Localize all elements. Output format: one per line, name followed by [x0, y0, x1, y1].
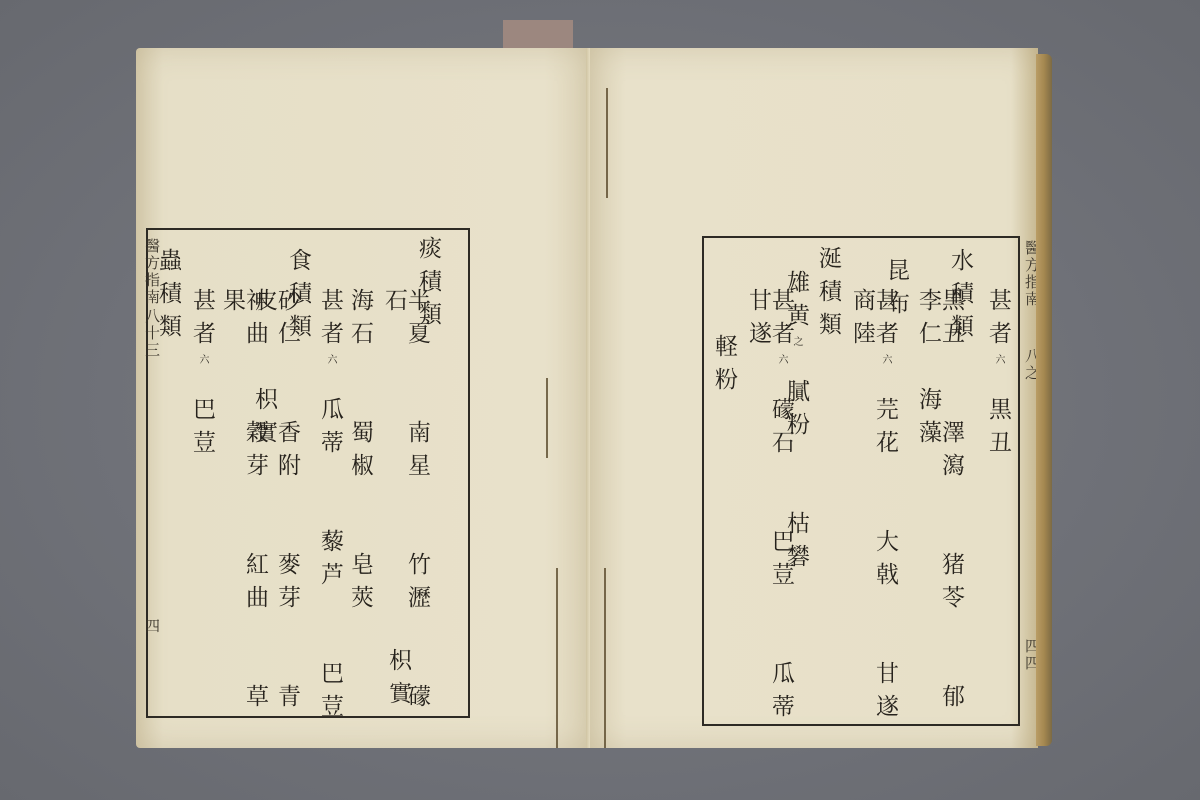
column-3: 海石 蜀椒 皂莢	[348, 288, 371, 618]
r-column-9: 軽粉	[712, 334, 735, 400]
r1-text: 甚者	[985, 288, 1011, 354]
r-column-5: 甚者六 芫花 大戟 甘遂 商陸	[850, 288, 896, 748]
column-8: 甚者六 巴荳	[190, 288, 213, 463]
paper-wormhole	[546, 378, 548, 458]
page-edges	[1036, 54, 1052, 746]
col8-note: 六	[197, 354, 208, 364]
r5-text2: 芫花 大戟 甘遂 商陸	[849, 288, 898, 793]
heading-saliva: 涎積類	[816, 246, 839, 345]
extra-entry: 枳實	[386, 648, 409, 714]
r-column-8: 甚者六 礞石 巴荳 瓜蒂 甘遂	[746, 288, 792, 748]
column-7: 神曲 穀芽 紅曲 草果	[220, 288, 266, 748]
r-column-3: 黒丑 澤瀉 猪苓 郁李仁 海藻	[916, 288, 962, 748]
r8-text: 甚者	[768, 288, 794, 354]
r5-note: 六	[880, 354, 891, 364]
col4-text2: 瓜蒂 藜芦 巴荳	[317, 364, 343, 727]
column-4: 甚者六 瓜蒂 藜芦 巴荳	[318, 288, 341, 727]
paper-wormhole	[556, 568, 558, 748]
col4-text: 甚者	[317, 288, 343, 354]
paper-wormhole	[604, 568, 606, 748]
paper-wormhole	[606, 88, 608, 198]
r-column-1: 甚者六 黒丑	[986, 288, 1009, 463]
r8-text2: 礞石 巴荳 瓜蒂 甘遂	[745, 288, 794, 793]
col4-note: 六	[325, 354, 336, 364]
left-page: 醫方指南 八十三 四 痰積類 半夏 南星 竹瀝 礞石 海石 蜀椒 皂莢 甚者六 …	[136, 48, 590, 748]
right-page: 醫方指南 八之 四四 甚者六 黒丑 水積類 黒丑 澤瀉 猪苓 郁李仁 海藻 昆布…	[590, 48, 1038, 748]
r5-text: 甚者	[872, 288, 898, 354]
heading-worm: 蟲積類	[156, 248, 179, 347]
open-book: 醫方指南 八十三 四 痰積類 半夏 南星 竹瀝 礞石 海石 蜀椒 皂莢 甚者六 …	[136, 48, 1052, 754]
col8-text: 甚者	[189, 288, 215, 354]
r1-note: 六	[993, 354, 1004, 364]
left-margin-folio: 四	[142, 618, 163, 635]
r1-text2: 黒丑	[985, 364, 1011, 463]
col8-text2: 巴荳	[189, 364, 215, 463]
r8-note: 六	[776, 354, 787, 364]
